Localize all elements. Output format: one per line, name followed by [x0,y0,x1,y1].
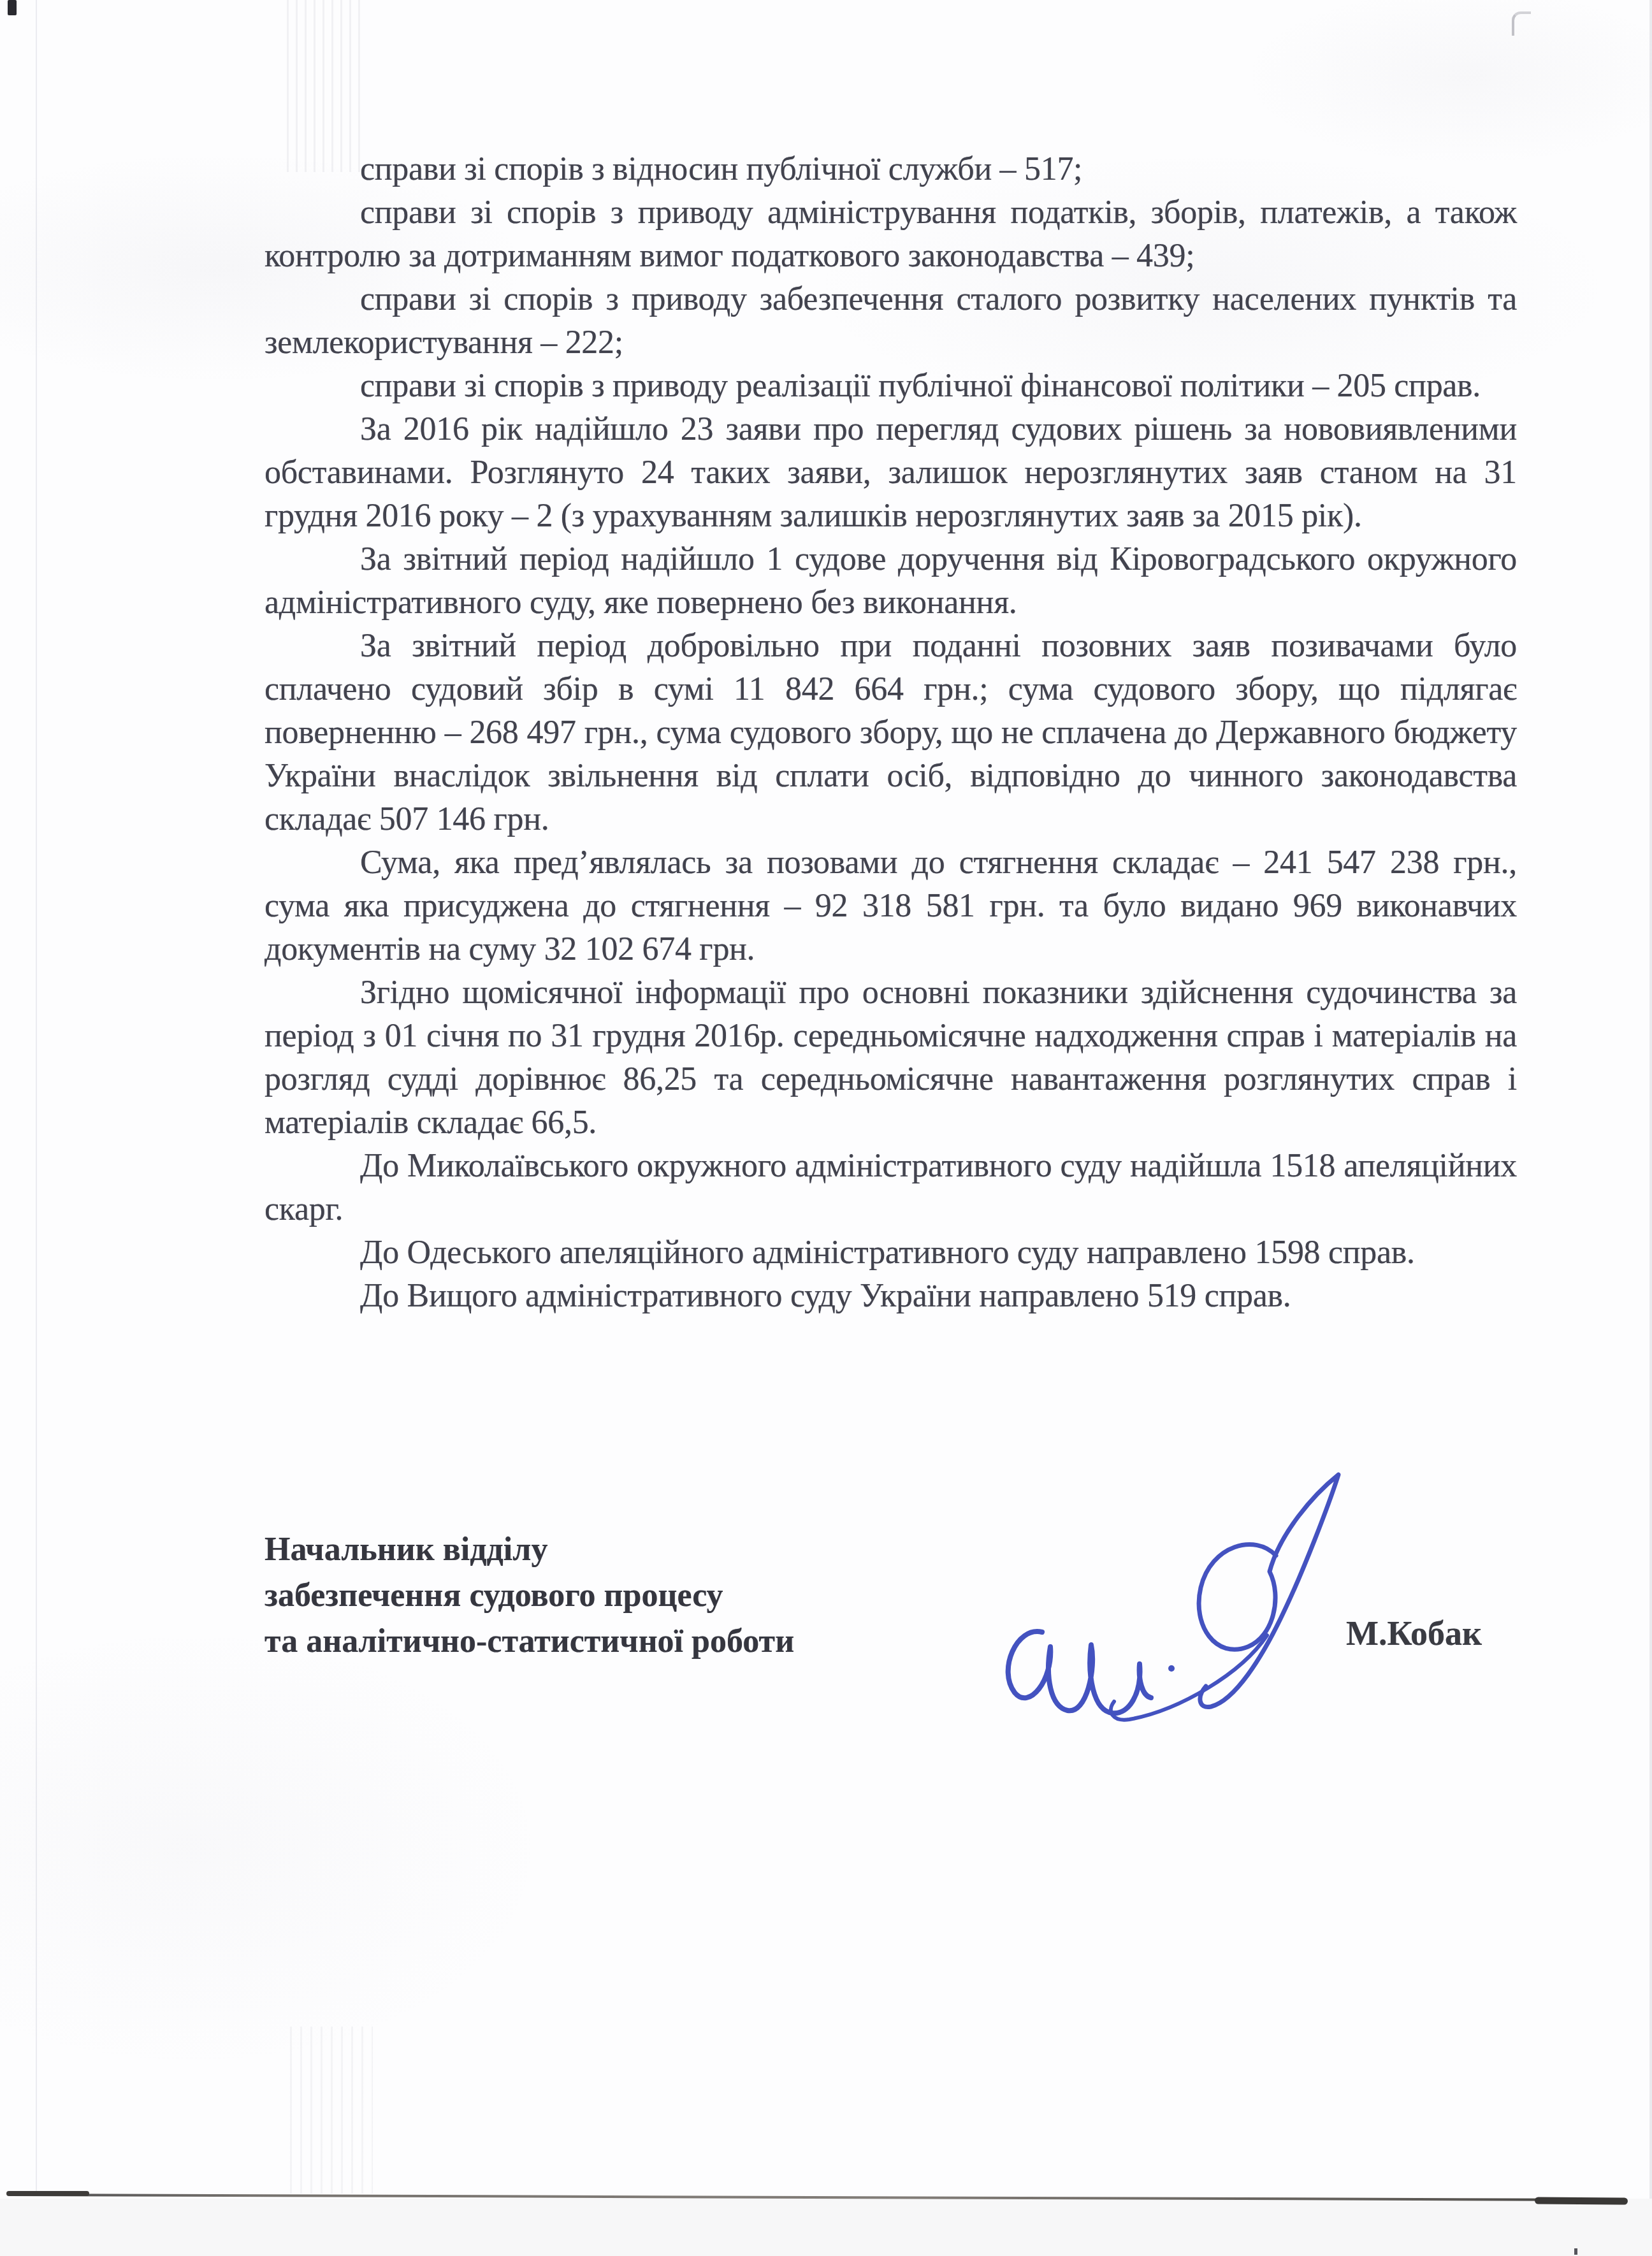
handwritten-signature [982,1444,1377,1737]
body-paragraph: До Одеського апеляційного адміністративн… [264,1231,1517,1275]
body-paragraph: справи зі спорів з приводу адмініструван… [264,191,1517,278]
scanner-background-strip [0,2199,1652,2256]
body-paragraph: справи зі спорів з відносин публічної сл… [264,148,1517,191]
signatory-name: М.Кобак [1346,1614,1482,1653]
body-paragraph: За звітний період надійшло 1 судове дору… [264,538,1517,625]
sheet-edge-shadow-right [1535,2197,1628,2204]
scan-fold-line [36,0,37,2194]
body-paragraph: До Миколаївського окружного адміністрати… [264,1145,1517,1231]
body-paragraph: До Вищого адміністративного суду України… [264,1275,1517,1318]
scan-mark-top-left [8,0,17,15]
scan-mark-top-right [1512,11,1531,36]
scan-edge-right [1649,0,1652,2256]
body-paragraph: справи зі спорів з приводу забезпечення … [264,278,1517,365]
body-paragraph: Згідно щомісячної інформації про основні… [264,971,1517,1145]
body-paragraph: За 2016 рік надійшло 23 заяви про перегл… [264,408,1517,538]
body-paragraph: За звітний період добровільно при поданн… [264,625,1517,841]
scan-streaks-top [287,0,363,172]
document-body: справи зі спорів з відносин публічної сл… [264,148,1517,1318]
body-paragraph: Сума, яка пред’являлась за позовами до с… [264,841,1517,971]
sheet-edge-shadow-left [6,2191,89,2196]
scanned-document-page: справи зі спорів з відносин публічної сл… [0,0,1652,2256]
scan-mark-bottom-right [1574,2248,1577,2255]
body-paragraph: справи зі спорів з приводу реалізації пу… [264,365,1517,408]
scan-streaks-bottom [290,2027,373,2194]
